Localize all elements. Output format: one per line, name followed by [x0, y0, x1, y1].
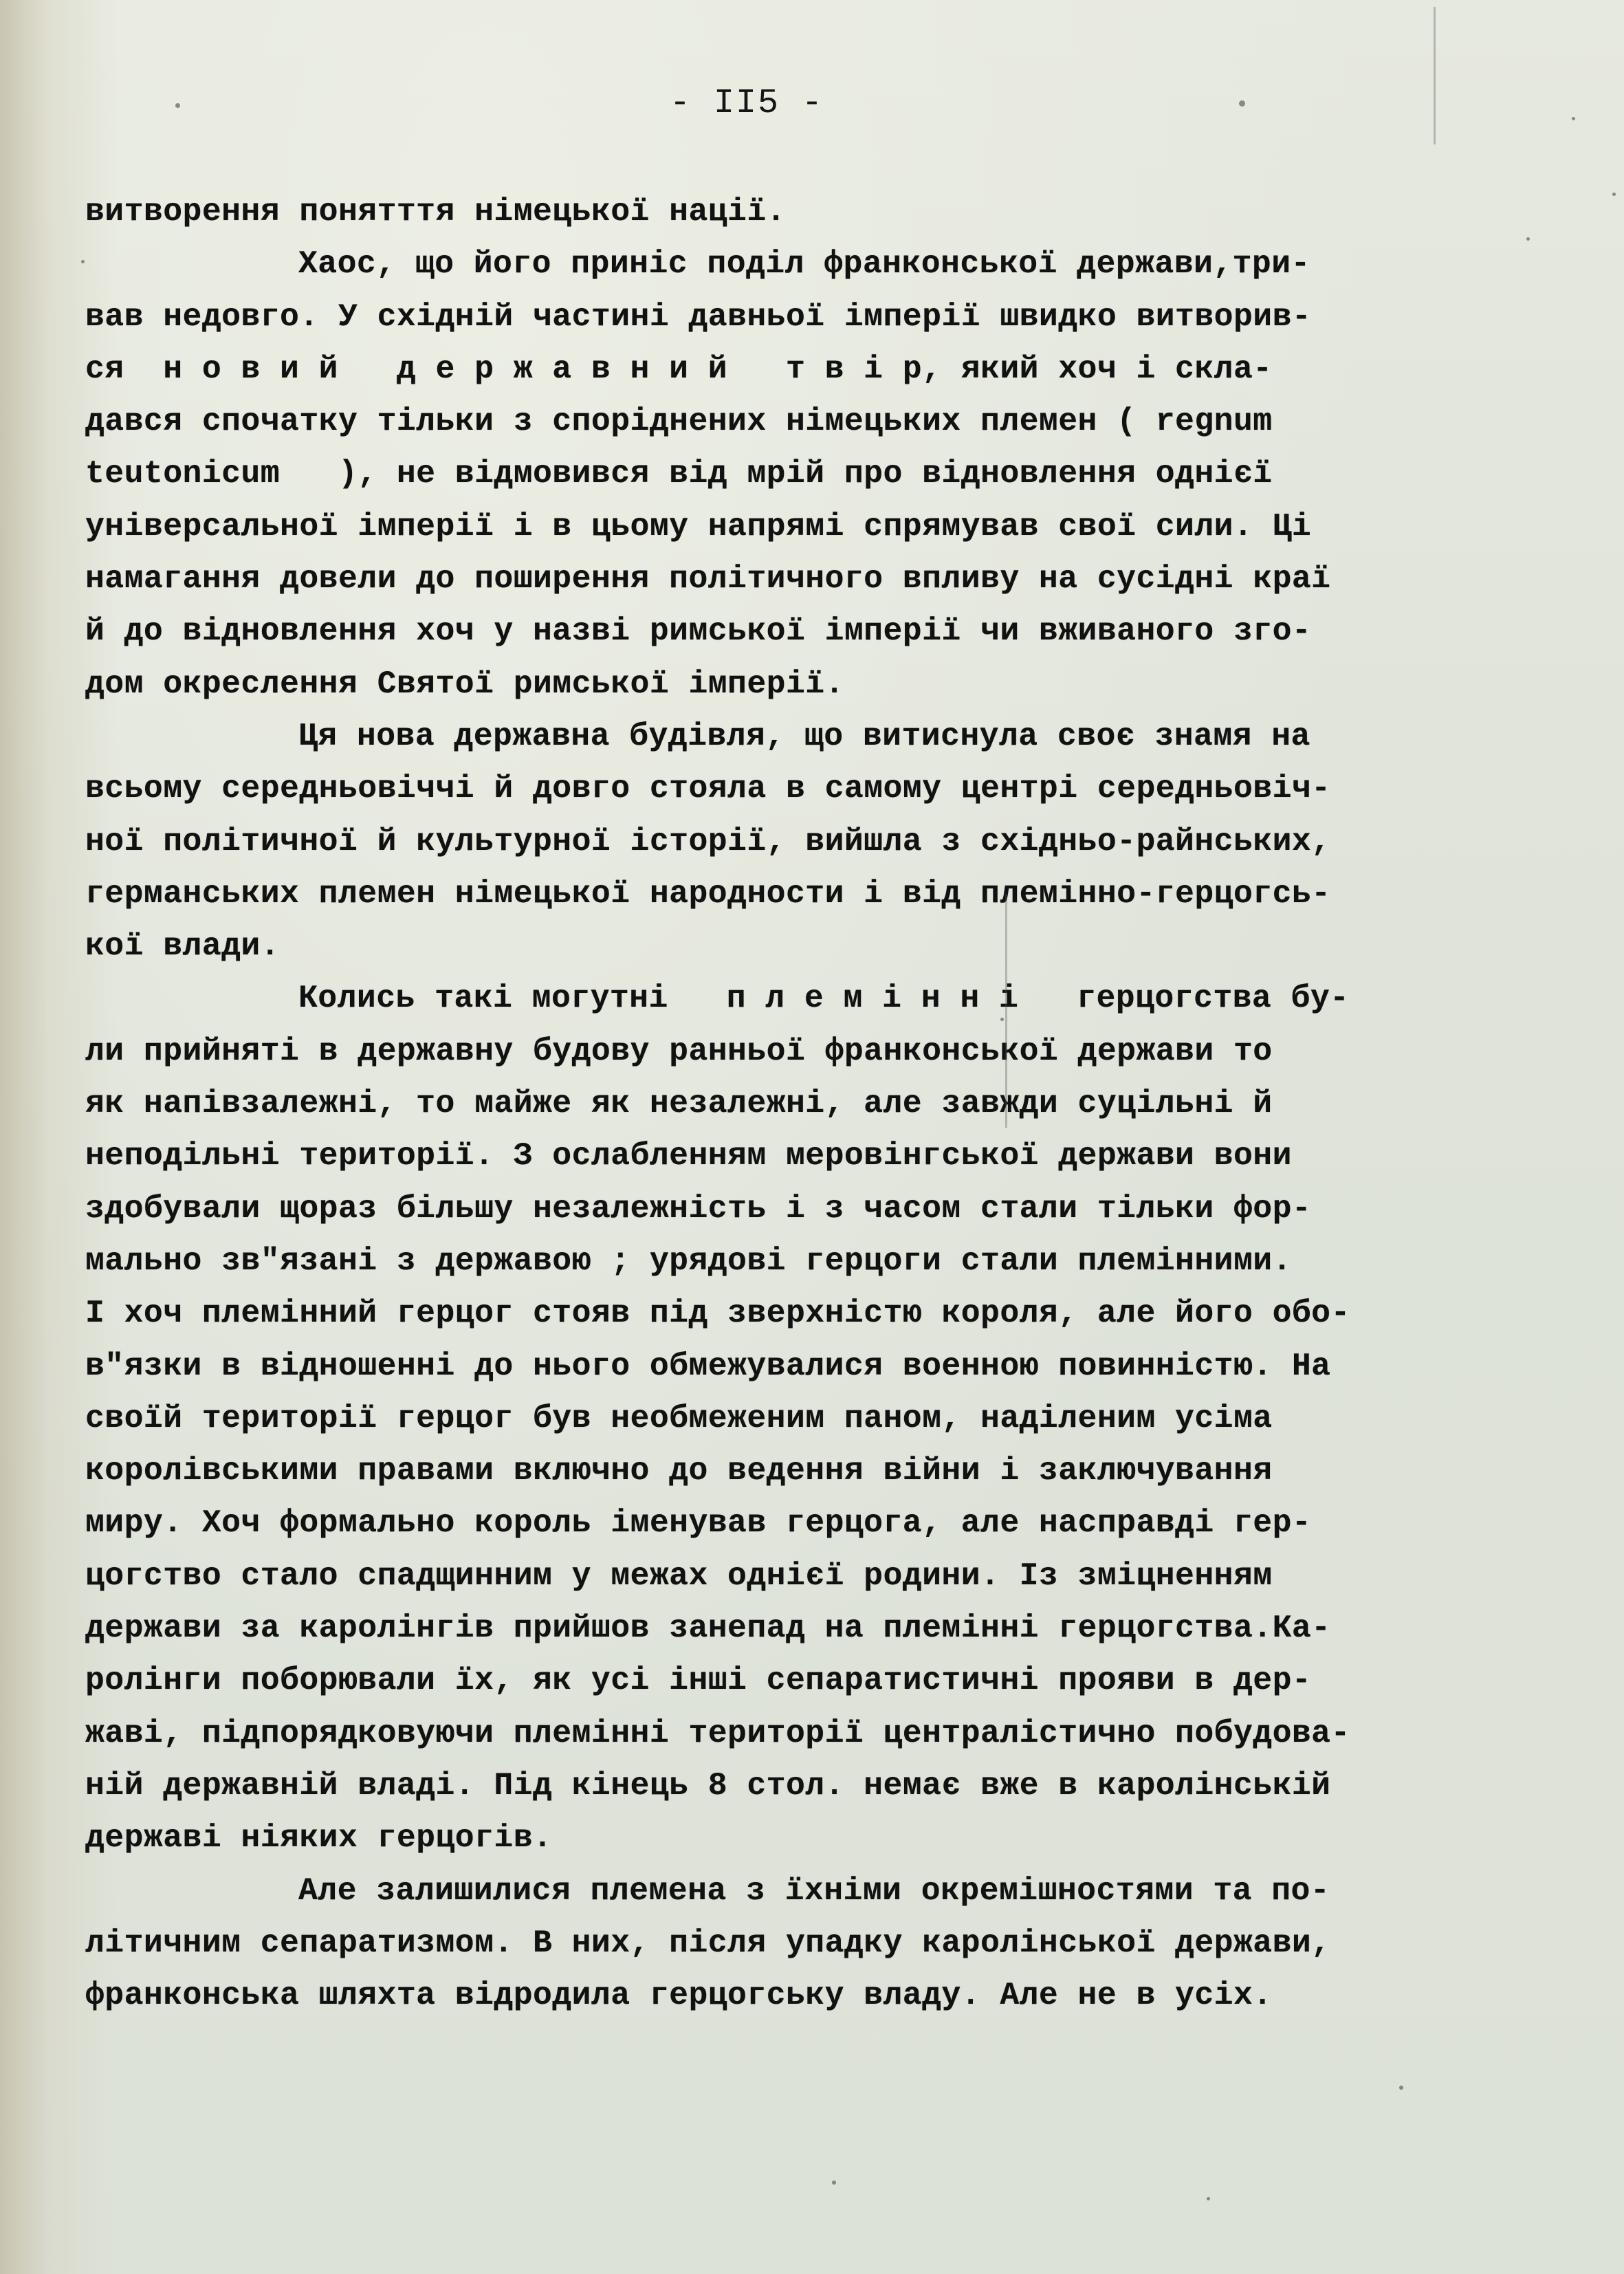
text-line: витворення понятття німецької нації. — [85, 186, 1557, 238]
text-line: королівськими правами включно до ведення… — [85, 1445, 1557, 1497]
fold-line-mark — [1434, 7, 1436, 144]
text-line: в"язки в відношенні до нього обмежувалис… — [85, 1340, 1557, 1392]
paper-speck — [1239, 100, 1245, 107]
text-line: літичним сепаратизмом. В них, після упад… — [85, 1917, 1557, 1969]
text-line: жаві, підпорядковуючи племінні території… — [85, 1707, 1557, 1760]
paragraph-first-line: Але залишилися племена з їхніми окремішн… — [85, 1865, 1557, 1917]
page-number: - II5 - — [0, 84, 1559, 123]
text-line: неподільні території. З ослабленням меро… — [85, 1130, 1557, 1182]
text-line: кої влади. — [85, 920, 1557, 972]
text-line: вав недовго. У східній частині давньої і… — [85, 291, 1557, 343]
typewritten-page: - II5 - витворення понятття німецької на… — [0, 0, 1624, 2274]
paper-speck — [832, 2180, 836, 2185]
paragraph-first-line: Хаос, що його приніс поділ франконської … — [85, 238, 1557, 290]
fold-line-mark — [1005, 894, 1007, 1128]
text-line: й до відновлення хоч у назві римської ім… — [85, 605, 1557, 657]
text-line: своїй території герцог був необмеженим п… — [85, 1392, 1557, 1445]
paper-speck — [175, 103, 180, 108]
text-line: здобували щораз більшу незалежність і з … — [85, 1183, 1557, 1235]
paper-speck — [1000, 1018, 1004, 1021]
text-line: ролінги поборювали їх, як усі інші сепар… — [85, 1654, 1557, 1707]
text-line: германських племен німецької народности … — [85, 868, 1557, 920]
text-line: універсальної імперії і в цьому напрямі … — [85, 501, 1557, 553]
text-line: ній державній владі. Під кінець 8 стол. … — [85, 1760, 1557, 1812]
text-line: як напівзалежні, то майже як незалежні, … — [85, 1078, 1557, 1130]
body-text: витворення понятття німецької нації.Хаос… — [85, 186, 1557, 2022]
text-line: ної політичної й культурної історії, вий… — [85, 816, 1557, 868]
text-line: миру. Хоч формально король іменував герц… — [85, 1497, 1557, 1549]
text-line: держави за каролінгів прийшов занепад на… — [85, 1602, 1557, 1654]
text-line: намагання довели до поширення політичног… — [85, 553, 1557, 605]
text-line: дом окреслення Святої римської імперії. — [85, 658, 1557, 710]
paragraph-first-line: Колись такі могутні п л е м і н н і герц… — [85, 972, 1557, 1025]
text-line: ся н о в и й д е р ж а в н и й т в і р, … — [85, 343, 1557, 395]
paper-speck — [1526, 237, 1530, 241]
text-line: всьому середньовіччі й довго стояла в са… — [85, 763, 1557, 815]
paper-speck — [1207, 2197, 1210, 2200]
paper-speck — [1399, 2086, 1403, 2090]
text-line: teutonicum ), не відмовився від мрій про… — [85, 448, 1557, 500]
paragraph-first-line: Ця нова державна будівля, що витиснула с… — [85, 710, 1557, 763]
text-line: державі ніяких герцогів. — [85, 1812, 1557, 1864]
text-line: цогство стало спадщинним у межах однієї … — [85, 1550, 1557, 1602]
text-line: дався спочатку тільки з споріднених німе… — [85, 395, 1557, 448]
text-line: ли прийняті в державну будову ранньої фр… — [85, 1025, 1557, 1078]
text-line: І хоч племінний герцог стояв під зверхні… — [85, 1287, 1557, 1340]
text-line: мально зв"язані з державою ; урядові гер… — [85, 1235, 1557, 1287]
text-line: франконська шляхта відродила герцогську … — [85, 1969, 1557, 2022]
paper-speck — [1612, 193, 1616, 196]
paper-speck — [1572, 117, 1575, 120]
paper-speck — [81, 260, 85, 263]
